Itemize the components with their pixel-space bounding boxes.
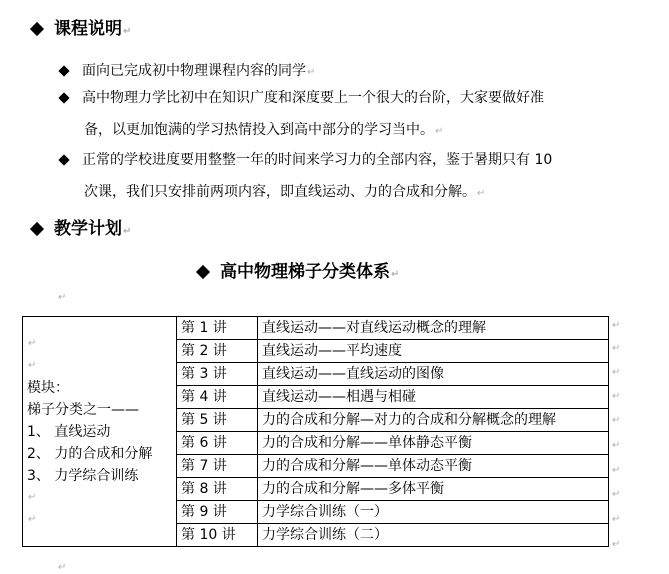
lecture-number: 第 9 讲: [177, 501, 258, 524]
lecture-topic: 力学综合训练（二）: [258, 524, 609, 547]
module-label: 模块：: [27, 377, 172, 399]
lecture-number: 第 1 讲: [177, 317, 258, 340]
paragraph-mark-icon: ↵: [123, 26, 131, 37]
lecture-topic: 力的合成和分解——单体动态平衡: [258, 455, 609, 478]
module-name: 梯子分类之一——: [27, 399, 172, 421]
bullet-item-3: 正常的学校进度要用整整一年的时间来学习力的全部内容，鉴于暑期只有 10: [60, 149, 552, 169]
bullet-text: 正常的学校进度要用整整一年的时间来学习力的全部内容，鉴于暑期只有 10: [82, 152, 552, 168]
module-cell: ↵ ↵ 模块： 梯子分类之一—— 1、 直线运动 2、 力的合成和分解 3、 力…: [23, 317, 177, 547]
row-end-mark-icon: ↵: [612, 465, 620, 476]
diamond-bullet-icon: [58, 65, 69, 76]
heading-text: 课程说明: [54, 19, 122, 39]
paragraph-mark-icon: ↵: [123, 226, 131, 237]
paragraph-mark-icon: ↵: [28, 333, 172, 355]
diamond-bullet-icon: [30, 222, 44, 236]
bullet-item-2: 高中物理力学比初中在知识广度和深度要上一个很大的台阶，大家要做好准: [60, 87, 544, 107]
lecture-number: 第 6 讲: [177, 432, 258, 455]
lecture-topic: 直线运动——平均速度: [258, 340, 609, 363]
lecture-plan-table: ↵ ↵ 模块： 梯子分类之一—— 1、 直线运动 2、 力的合成和分解 3、 力…: [22, 316, 609, 547]
diamond-bullet-icon: [58, 92, 69, 103]
bullet-text: 面向已完成初中物理课程内容的同学: [82, 63, 306, 79]
section-heading-course-description: 课程说明↵: [32, 14, 131, 39]
section-heading-teaching-plan: 教学计划↵: [32, 214, 131, 239]
module-item-3: 3、 力学综合训练: [27, 465, 172, 487]
row-end-mark-icon: ↵: [612, 343, 620, 354]
lecture-number: 第 4 讲: [177, 386, 258, 409]
lecture-topic: 直线运动——对直线运动概念的理解: [258, 317, 609, 340]
paragraph-mark-icon: ↵: [435, 126, 443, 137]
bullet-text: 次课，我们只安排前两项内容，即直线运动、力的合成和分解。: [84, 184, 476, 200]
bullet-item-3-continued: 次课，我们只安排前两项内容，即直线运动、力的合成和分解。↵: [84, 181, 485, 201]
row-end-mark-icon: ↵: [612, 539, 620, 550]
lecture-number: 第 7 讲: [177, 455, 258, 478]
lecture-number: 第 2 讲: [177, 340, 258, 363]
row-end-mark-icon: ↵: [612, 440, 620, 451]
module-item-1: 1、 直线运动: [27, 421, 172, 443]
bullet-text: 备，以更加饱满的学习热情投入到高中部分的学习当中。: [84, 122, 434, 138]
module-label-text: 模块：: [27, 380, 69, 396]
row-end-mark-icon: ↵: [612, 489, 620, 500]
lecture-number: 第 5 讲: [177, 409, 258, 432]
lecture-topic: 力的合成和分解—对力的合成和分解概念的理解: [258, 409, 609, 432]
paragraph-mark-icon: ↵: [477, 188, 485, 199]
module-name-text: 梯子分类之一——: [27, 402, 139, 418]
lecture-topic: 力的合成和分解——多体平衡: [258, 478, 609, 501]
lecture-number: 第 10 讲: [177, 524, 258, 547]
bullet-item-1: 面向已完成初中物理课程内容的同学↵: [60, 60, 315, 80]
paragraph-mark-icon: ↵: [28, 355, 172, 377]
lecture-topic: 直线运动——相遇与相碰: [258, 386, 609, 409]
lecture-topic: 直线运动——直线运动的图像: [258, 363, 609, 386]
diamond-bullet-icon: [58, 154, 69, 165]
lecture-topic: 力的合成和分解——单体静态平衡: [258, 432, 609, 455]
paragraph-mark-icon: ↵: [307, 67, 315, 78]
row-end-mark-icon: ↵: [612, 320, 620, 331]
paragraph-mark-icon: ↵: [58, 562, 66, 573]
table-title: 高中物理梯子分类体系↵: [198, 257, 399, 282]
heading-text: 教学计划: [54, 219, 122, 239]
row-end-mark-icon: ↵: [612, 514, 620, 525]
lecture-number: 第 3 讲: [177, 363, 258, 386]
paragraph-mark-icon: ↵: [28, 509, 172, 531]
diamond-bullet-icon: [30, 22, 44, 36]
row-end-mark-icon: ↵: [612, 367, 620, 378]
paragraph-mark-icon: ↵: [28, 487, 172, 509]
diamond-bullet-icon: [196, 265, 210, 279]
paragraph-mark-icon: ↵: [391, 269, 399, 280]
module-item-2: 2、 力的合成和分解: [27, 443, 172, 465]
paragraph-mark-icon: ↵: [58, 292, 66, 303]
table-row: ↵ ↵ 模块： 梯子分类之一—— 1、 直线运动 2、 力的合成和分解 3、 力…: [23, 317, 609, 340]
table-title-text: 高中物理梯子分类体系: [220, 262, 390, 282]
lecture-topic: 力学综合训练（一）: [258, 501, 609, 524]
row-end-mark-icon: ↵: [612, 415, 620, 426]
row-end-mark-icon: ↵: [612, 391, 620, 402]
lecture-number: 第 8 讲: [177, 478, 258, 501]
bullet-text: 高中物理力学比初中在知识广度和深度要上一个很大的台阶，大家要做好准: [82, 90, 544, 106]
bullet-item-2-continued: 备，以更加饱满的学习热情投入到高中部分的学习当中。↵: [84, 119, 443, 139]
